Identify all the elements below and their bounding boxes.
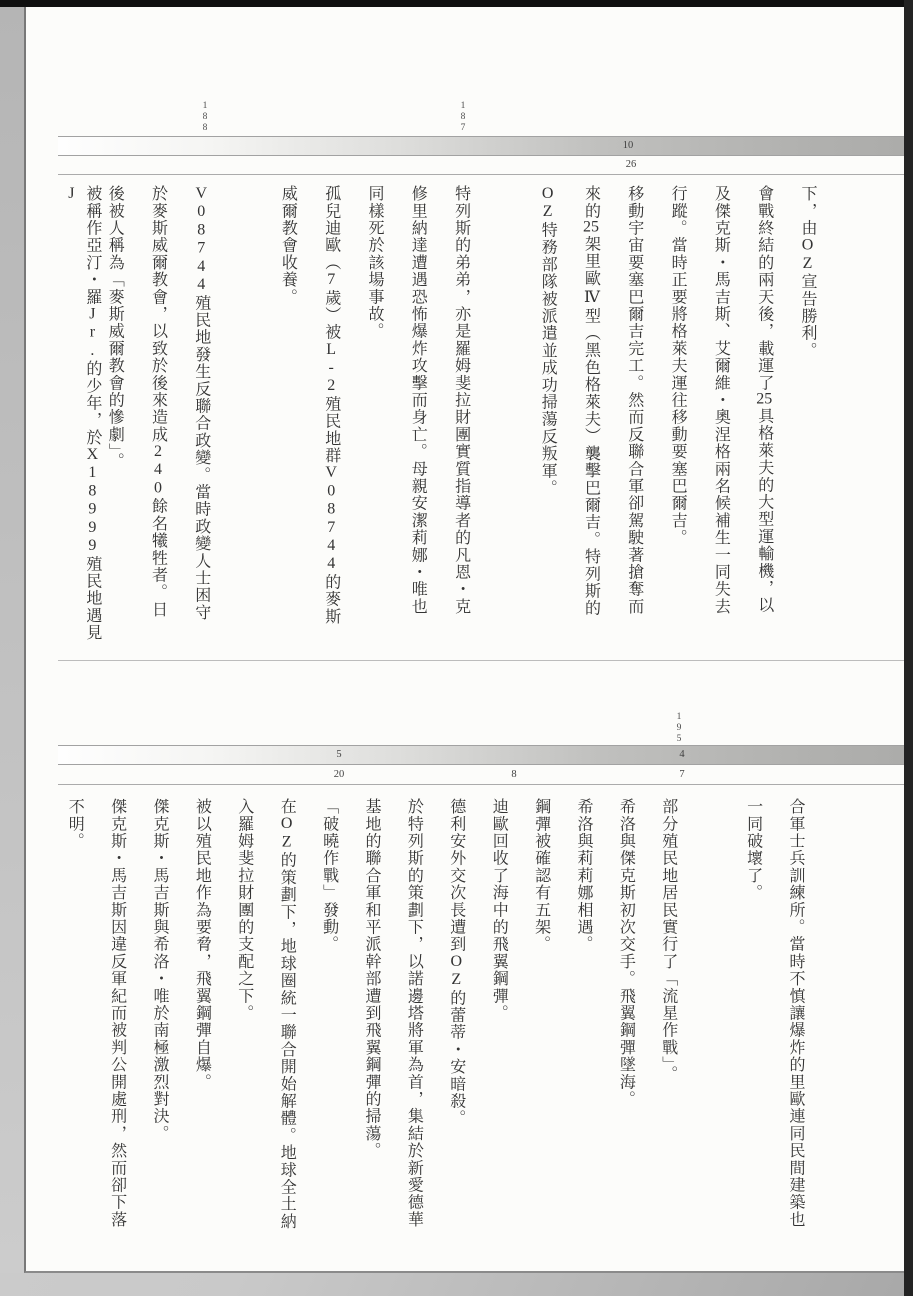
- timeline-day-strip: 2087: [58, 765, 904, 785]
- timeline-entry-column: 不明。: [64, 798, 85, 1270]
- day-marker: 7: [679, 769, 684, 781]
- timeline-entry-column: 德利安外交次長遭到OZ的蕾蒂・安暗殺。: [446, 798, 467, 1270]
- day-marker: 8: [511, 769, 516, 781]
- timeline-entry-column: 一同破壞了。: [743, 798, 764, 1270]
- chronology-section-bottom: 195542087合軍士兵訓練所。當時不慎讓爆炸的里歐連同民間建築也一同破壞了。…: [0, 0, 913, 1296]
- day-marker: 20: [334, 769, 345, 781]
- timeline-entry-column: 於特列斯的策劃下，以諾邊塔將軍為首，集結於新愛德華: [403, 798, 424, 1270]
- timeline-entry-column: 希洛與傑克斯初次交手。飛翼鋼彈墜海。: [615, 798, 636, 1270]
- inline-latin-run: OZ: [448, 953, 465, 989]
- timeline-entry-column: 迪歐回收了海中的飛翼鋼彈。: [488, 798, 509, 1270]
- timeline-entry-column: 被以殖民地作為要脅，飛翼鋼彈自爆。: [191, 798, 212, 1270]
- timeline-entry-column: 基地的聯合軍和平派幹部遭到飛翼鋼彈的掃蕩。: [361, 798, 382, 1270]
- timeline-entry-column: 鋼彈被確認有五架。: [531, 798, 552, 1270]
- year-marker: 195: [673, 712, 684, 745]
- timeline-entry-column: 在OZ的策劃下，地球圈統一聯合開始解體。地球全土納: [276, 798, 297, 1270]
- month-marker: 5: [336, 749, 341, 761]
- timeline-entry-column: 入羅姆斐拉財團的支配之下。: [234, 798, 255, 1270]
- timeline-entry-column: 「破曉作戰」發動。: [319, 798, 340, 1270]
- scanned-book-page: 1881871026下，由OZ宣告勝利。會戰終結的兩天後，載運了25具格萊夫的大…: [0, 0, 913, 1296]
- timeline-entry-column: 傑克斯・馬吉斯與希洛・唯於南極激烈對決。: [149, 798, 170, 1270]
- timeline-entry-column: 部分殖民地居民實行了「流星作戰」。: [658, 798, 679, 1270]
- timeline-entry-column: 合軍士兵訓練所。當時不慎讓爆炸的里歐連同民間建築也: [785, 798, 806, 1270]
- inline-latin-run: OZ: [278, 815, 295, 851]
- timeline-entry-column: 希洛與莉莉娜相遇。: [573, 798, 594, 1270]
- month-marker: 4: [679, 749, 684, 761]
- timeline-month-bar: 54: [58, 745, 904, 765]
- timeline-entry-column: 傑克斯・馬吉斯因違反軍紀而被判公開處刑，然而卻下落: [107, 798, 128, 1270]
